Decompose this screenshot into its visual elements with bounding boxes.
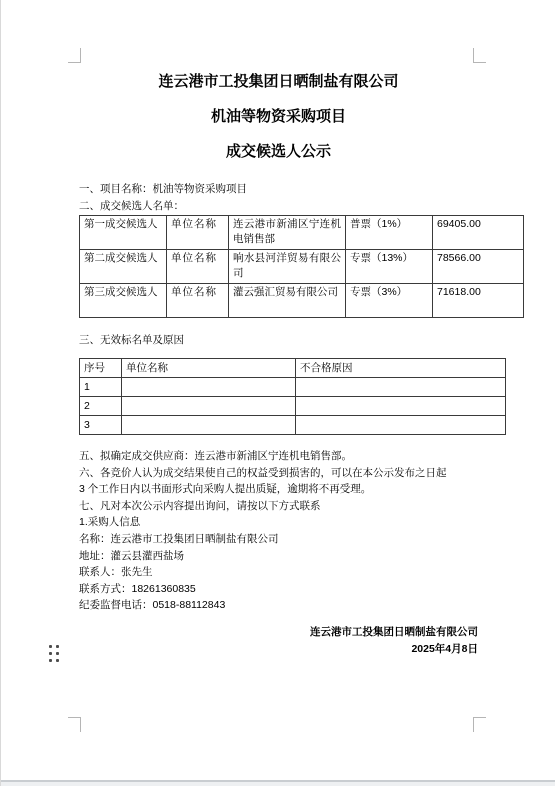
title-project: 机油等物资采购项目 [79, 99, 478, 134]
table-row: 1 [80, 378, 506, 397]
grip-dots-handle[interactable] [49, 645, 59, 662]
signature-company: 连云港市工投集团日晒制盐有限公司 [79, 624, 478, 642]
table-row: 第三成交候选人 单位名称 灌云强汇贸易有限公司 专票（3%） 71618.00 [80, 284, 524, 318]
company-name-empty [122, 416, 296, 435]
margin-crop-mark-bottom-left [68, 717, 81, 732]
bid-amount: 69405.00 [433, 216, 524, 250]
document-title-block: 连云港市工投集团日晒制盐有限公司 机油等物资采购项目 成交候选人公示 [79, 62, 478, 169]
section-invalid-bids: 三、无效标名单及原因 [79, 332, 478, 349]
company-name-empty [122, 378, 296, 397]
bid-amount: 71618.00 [433, 284, 524, 318]
invoice-type: 专票（3%） [346, 284, 433, 318]
table-header-row: 序号 单位名称 不合格原因 [80, 359, 506, 378]
row-number: 2 [80, 397, 122, 416]
candidate-rank: 第二成交候选人 [80, 250, 167, 284]
para-supplier: 五、拟确定成交供应商：连云港市新浦区宁连机电销售部。 [79, 448, 478, 465]
document-page: { "titles": [ "连云港市工投集团日晒制盐有限公司", "机油等物资… [0, 0, 555, 786]
margin-crop-mark-bottom-right [473, 717, 486, 732]
table-row: 第一成交候选人 单位名称 连云港市新浦区宁连机电销售部 普票（1%） 69405… [80, 216, 524, 250]
title-company: 连云港市工投集团日晒制盐有限公司 [79, 64, 478, 99]
reason-empty [296, 378, 506, 397]
table-row: 2 [80, 397, 506, 416]
page-bottom-edge [1, 780, 555, 786]
row-number: 3 [80, 416, 122, 435]
company-name-empty [122, 397, 296, 416]
company-name: 灌云强汇贸易有限公司 [229, 284, 346, 318]
section-candidates-list: 二、成交候选人名单： [79, 198, 478, 215]
para-objection-2: 3 个工作日内以书面形式向采购人提出质疑，逾期将不再受理。 [79, 481, 478, 498]
candidate-rank: 第三成交候选人 [80, 284, 167, 318]
para-contact-phone: 联系方式：18261360835 [79, 581, 478, 598]
row-number: 1 [80, 378, 122, 397]
para-purchaser-name: 名称：连云港市工投集团日晒制盐有限公司 [79, 531, 478, 548]
col-header-no: 序号 [80, 359, 122, 378]
para-address: 地址：灌云县灌西盐场 [79, 548, 478, 565]
col-header-name: 单位名称 [122, 359, 296, 378]
candidate-rank: 第一成交候选人 [80, 216, 167, 250]
bid-amount: 78566.00 [433, 250, 524, 284]
table-row: 3 [80, 416, 506, 435]
candidates-table: 第一成交候选人 单位名称 连云港市新浦区宁连机电销售部 普票（1%） 69405… [79, 215, 524, 318]
field-label: 单位名称 [167, 250, 229, 284]
reason-empty [296, 416, 506, 435]
company-name: 响水县河洋贸易有限公司 [229, 250, 346, 284]
margin-crop-mark-top-right [473, 48, 486, 63]
para-contact-person: 联系人：张先生 [79, 564, 478, 581]
field-label: 单位名称 [167, 216, 229, 250]
field-label: 单位名称 [167, 284, 229, 318]
section-project-name: 一、项目名称：机油等物资采购项目 [79, 181, 478, 198]
margin-crop-mark-top-left [68, 48, 81, 63]
col-header-reason: 不合格原因 [296, 359, 506, 378]
invoice-type: 普票（1%） [346, 216, 433, 250]
invoice-type: 专票（13%） [346, 250, 433, 284]
company-name: 连云港市新浦区宁连机电销售部 [229, 216, 346, 250]
signature-block: 连云港市工投集团日晒制盐有限公司 2025年4月8日 [79, 624, 478, 659]
invalid-bids-table: 序号 单位名称 不合格原因 1 2 3 [79, 358, 506, 435]
title-notice: 成交候选人公示 [79, 134, 478, 169]
table-row: 第二成交候选人 单位名称 响水县河洋贸易有限公司 专票（13%） 78566.0… [80, 250, 524, 284]
notice-paragraphs: 五、拟确定成交供应商：连云港市新浦区宁连机电销售部。 六、各竞价人认为成交结果使… [79, 448, 478, 614]
para-supervision-phone: 纪委监督电话：0518-88112843 [79, 597, 478, 614]
signature-date: 2025年4月8日 [79, 641, 478, 659]
reason-empty [296, 397, 506, 416]
document-content: 连云港市工投集团日晒制盐有限公司 机油等物资采购项目 成交候选人公示 一、项目名… [1, 0, 555, 659]
para-objection-1: 六、各竞价人认为成交结果使自己的权益受到损害的，可以在本公示发布之日起 [79, 465, 478, 482]
para-purchaser-info: 1.采购人信息 [79, 514, 478, 531]
para-inquiry: 七、凡对本次公示内容提出询问，请按以下方式联系 [79, 498, 478, 515]
